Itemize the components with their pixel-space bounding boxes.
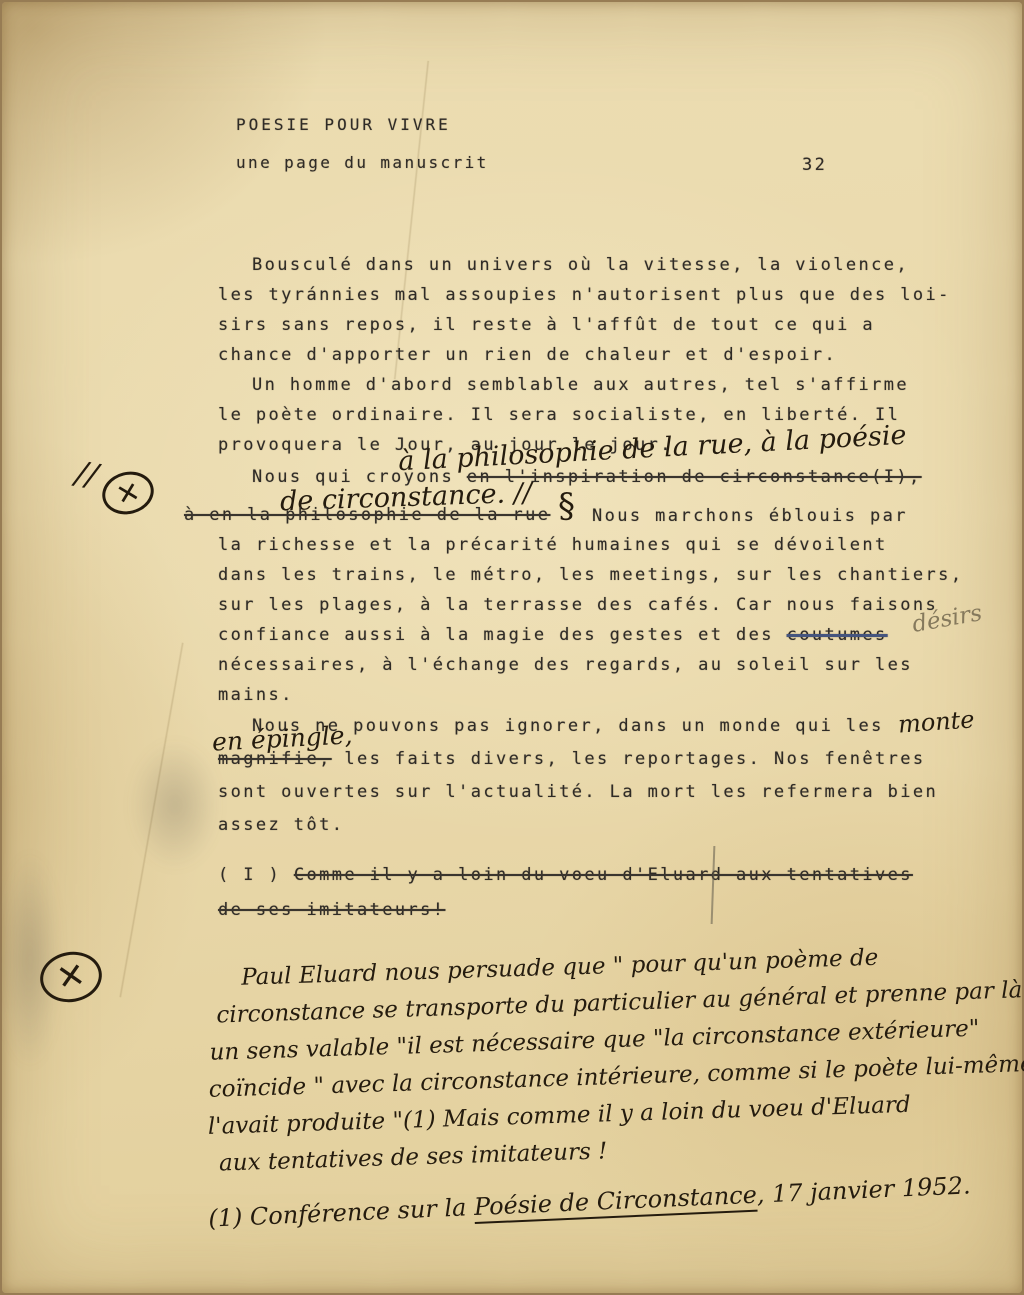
manuscript-scan: POESIE POUR VIVRE une page du manuscrit … bbox=[0, 0, 1024, 1295]
paragraph-1: Bousculé dans un univers où la vitesse, … bbox=[218, 250, 951, 370]
typed-line-composite: ( I ) Comme il y a loin du voeu d'Eluard… bbox=[218, 858, 913, 893]
typed-line: Un homme d'abord semblable aux autres, t… bbox=[218, 370, 909, 400]
typed-line: sont ouvertes sur l'actualité. La mort l… bbox=[218, 776, 938, 809]
typed-line: nécessaires, à l'échange des regards, au… bbox=[218, 650, 963, 680]
section-mark: § bbox=[558, 486, 575, 526]
typed-struck-text: Comme il y a loin du voeu d'Eluard aux t… bbox=[294, 865, 913, 885]
typed-struck-text: coutumes bbox=[787, 625, 888, 645]
typed-text: les faits divers, les reportages. Nos fe… bbox=[332, 749, 926, 769]
document-title: POESIE POUR VIVRE bbox=[236, 110, 451, 140]
typed-line-composite: confiance aussi à la magie des gestes et… bbox=[218, 620, 963, 650]
paper-smudge bbox=[130, 740, 220, 870]
page-number: 32 bbox=[802, 150, 827, 180]
typed-struck-text: à en la philosophie de la rue bbox=[184, 505, 550, 525]
typed-line: Bousculé dans un univers où la vitesse, … bbox=[218, 250, 951, 280]
document-subtitle: une page du manuscrit bbox=[236, 148, 489, 178]
typed-line: sur les plages, à la terrasse des cafés.… bbox=[218, 590, 963, 620]
footnote-typed: ( I ) Comme il y a loin du voeu d'Eluard… bbox=[218, 858, 913, 928]
x-glyph: ✕ bbox=[53, 955, 88, 999]
typed-continuation: Nous marchons éblouis par bbox=[592, 501, 908, 531]
typed-line: la richesse et la précarité humaines qui… bbox=[218, 530, 963, 560]
typed-text: confiance aussi à la magie des gestes et… bbox=[218, 625, 787, 645]
typed-struck-text: de ses imitateurs! bbox=[218, 900, 445, 920]
x-glyph: ✕ bbox=[113, 474, 144, 512]
handwritten-paragraph: Paul Eluard nous persuade que " pour qu'… bbox=[197, 935, 1024, 1183]
typed-line: les tyránnies mal assoupies n'autorisent… bbox=[218, 280, 951, 310]
typed-line: assez tôt. bbox=[218, 809, 938, 842]
footnote-label: ( I ) bbox=[218, 865, 294, 885]
typed-struck-line: à en la philosophie de la rue bbox=[184, 500, 550, 530]
margin-note-monte: monte bbox=[897, 705, 975, 738]
typed-line-composite: de ses imitateurs! bbox=[218, 893, 913, 928]
typed-line: sirs sans repos, il reste à l'affût de t… bbox=[218, 310, 951, 340]
typed-line: dans les trains, le métro, les meetings,… bbox=[218, 560, 963, 590]
typed-line: chance d'apporter un rien de chaleur et … bbox=[218, 340, 951, 370]
paragraph-3: la richesse et la précarité humaines qui… bbox=[218, 530, 963, 710]
typed-line: mains. bbox=[218, 680, 963, 710]
typed-struck-text: en l'inspiration de circonstance(I), bbox=[467, 467, 922, 487]
